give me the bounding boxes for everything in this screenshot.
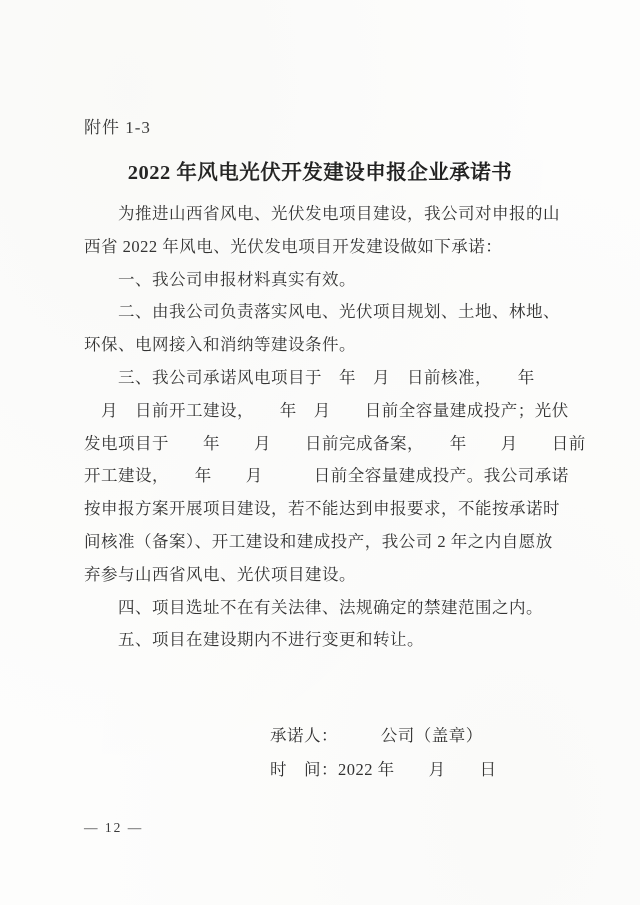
document-body: 为推进山西省风电、光伏发电项目建设，我公司对申报的山 西省 2022 年风电、光… [84,198,584,657]
date-line: 时 间：2022 年 月 日 [270,753,497,787]
document-title: 2022 年风电光伏开发建设申报企业承诺书 [0,155,640,185]
attachment-label: 附件 1-3 [84,113,151,138]
body-line: 按申报方案开展项目建设，若不能达到申报要求，不能按承诺时 [84,493,584,526]
body-line: 开工建设， 年 月 日前全容量建成投产。我公司承诺 [84,460,584,493]
body-line: 二、由我公司负责落实风电、光伏项目规划、土地、林地、 [84,296,584,329]
body-line: 弃参与山西省风电、光伏项目建设。 [84,559,584,592]
body-line: 西省 2022 年风电、光伏发电项目开发建设做如下承诺： [84,231,584,264]
body-line: 五、项目在建设期内不进行变更和转让。 [84,624,584,657]
signer-line: 承诺人： 公司（盖章） [270,719,497,753]
body-line: 月 日前开工建设， 年 月 日前全容量建成投产；光伏 [84,395,584,428]
page-number: — 12 — [84,820,143,836]
body-line: 发电项目于 年 月 日前完成备案， 年 月 日前 [84,428,584,461]
document-page: 附件 1-3 2022 年风电光伏开发建设申报企业承诺书 为推进山西省风电、光伏… [0,0,640,905]
body-line: 一、我公司申报材料真实有效。 [84,264,584,297]
body-line: 四、项目选址不在有关法律、法规确定的禁建范围之内。 [84,592,584,625]
signature-block: 承诺人： 公司（盖章） 时 间：2022 年 月 日 [270,719,497,786]
body-line: 为推进山西省风电、光伏发电项目建设，我公司对申报的山 [84,198,584,231]
body-line: 环保、电网接入和消纳等建设条件。 [84,329,584,362]
body-line: 三、我公司承诺风电项目于 年 月 日前核准， 年 [84,362,584,395]
body-line: 间核准（备案）、开工建设和建成投产，我公司 2 年之内自愿放 [84,526,584,559]
